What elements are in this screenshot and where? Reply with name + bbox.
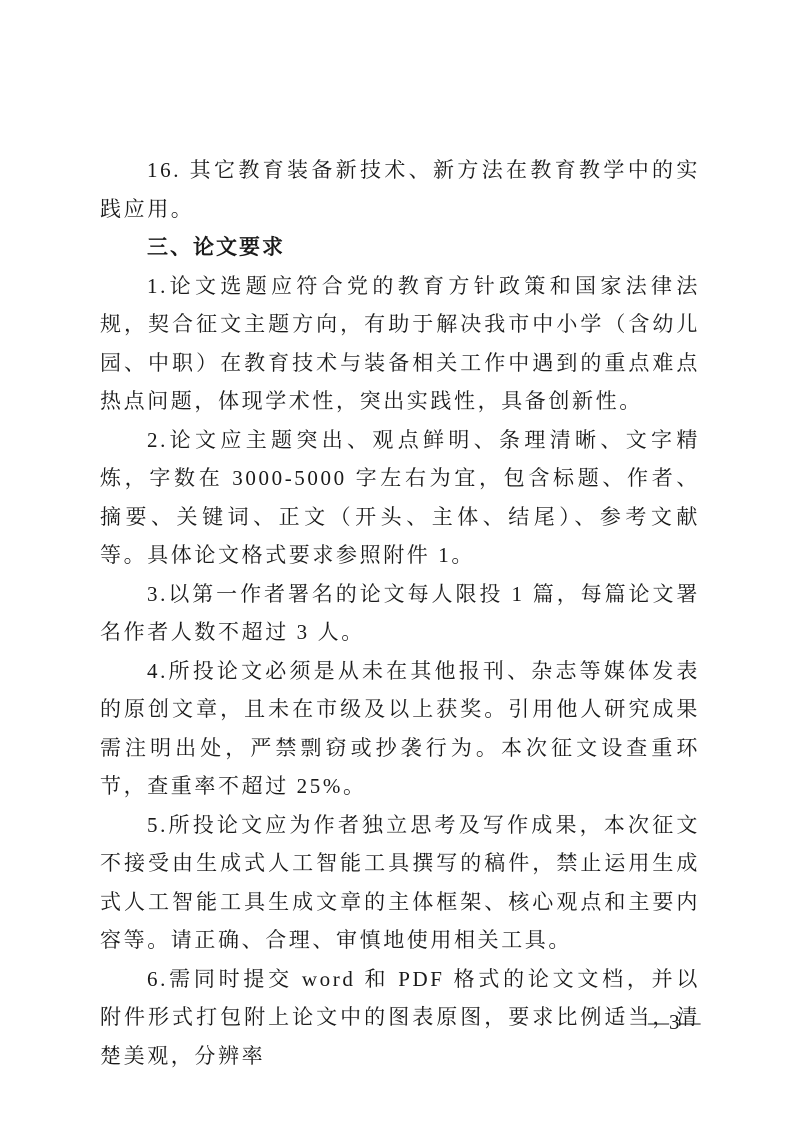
list-item-16: 16. 其它教育装备新技术、新方法在教育教学中的实践应用。 <box>100 151 700 228</box>
requirement-5: 5.所投论文应为作者独立思考及写作成果，本次征文不接受由生成式人工智能工具撰写的… <box>100 806 700 960</box>
requirement-4: 4.所投论文必须是从未在其他报刊、杂志等媒体发表的原创文章，且未在市级及以上获奖… <box>100 652 700 806</box>
document-body: 16. 其它教育装备新技术、新方法在教育教学中的实践应用。 三、论文要求 1.论… <box>100 151 700 1075</box>
page-number: —3— <box>648 1008 701 1036</box>
section-heading-paper-requirements: 三、论文要求 <box>100 228 700 267</box>
requirement-2: 2.论文应主题突出、观点鲜明、条理清晰、文字精炼，字数在 3000-5000 字… <box>100 421 700 575</box>
requirement-6: 6.需同时提交 word 和 PDF 格式的论文文档，并以附件形式打包附上论文中… <box>100 960 700 1076</box>
document-page: 16. 其它教育装备新技术、新方法在教育教学中的实践应用。 三、论文要求 1.论… <box>0 0 800 1131</box>
requirement-1: 1.论文选题应符合党的教育方针政策和国家法律法规，契合征文主题方向，有助于解决我… <box>100 267 700 421</box>
requirement-3: 3.以第一作者署名的论文每人限投 1 篇，每篇论文署名作者人数不超过 3 人。 <box>100 575 700 652</box>
